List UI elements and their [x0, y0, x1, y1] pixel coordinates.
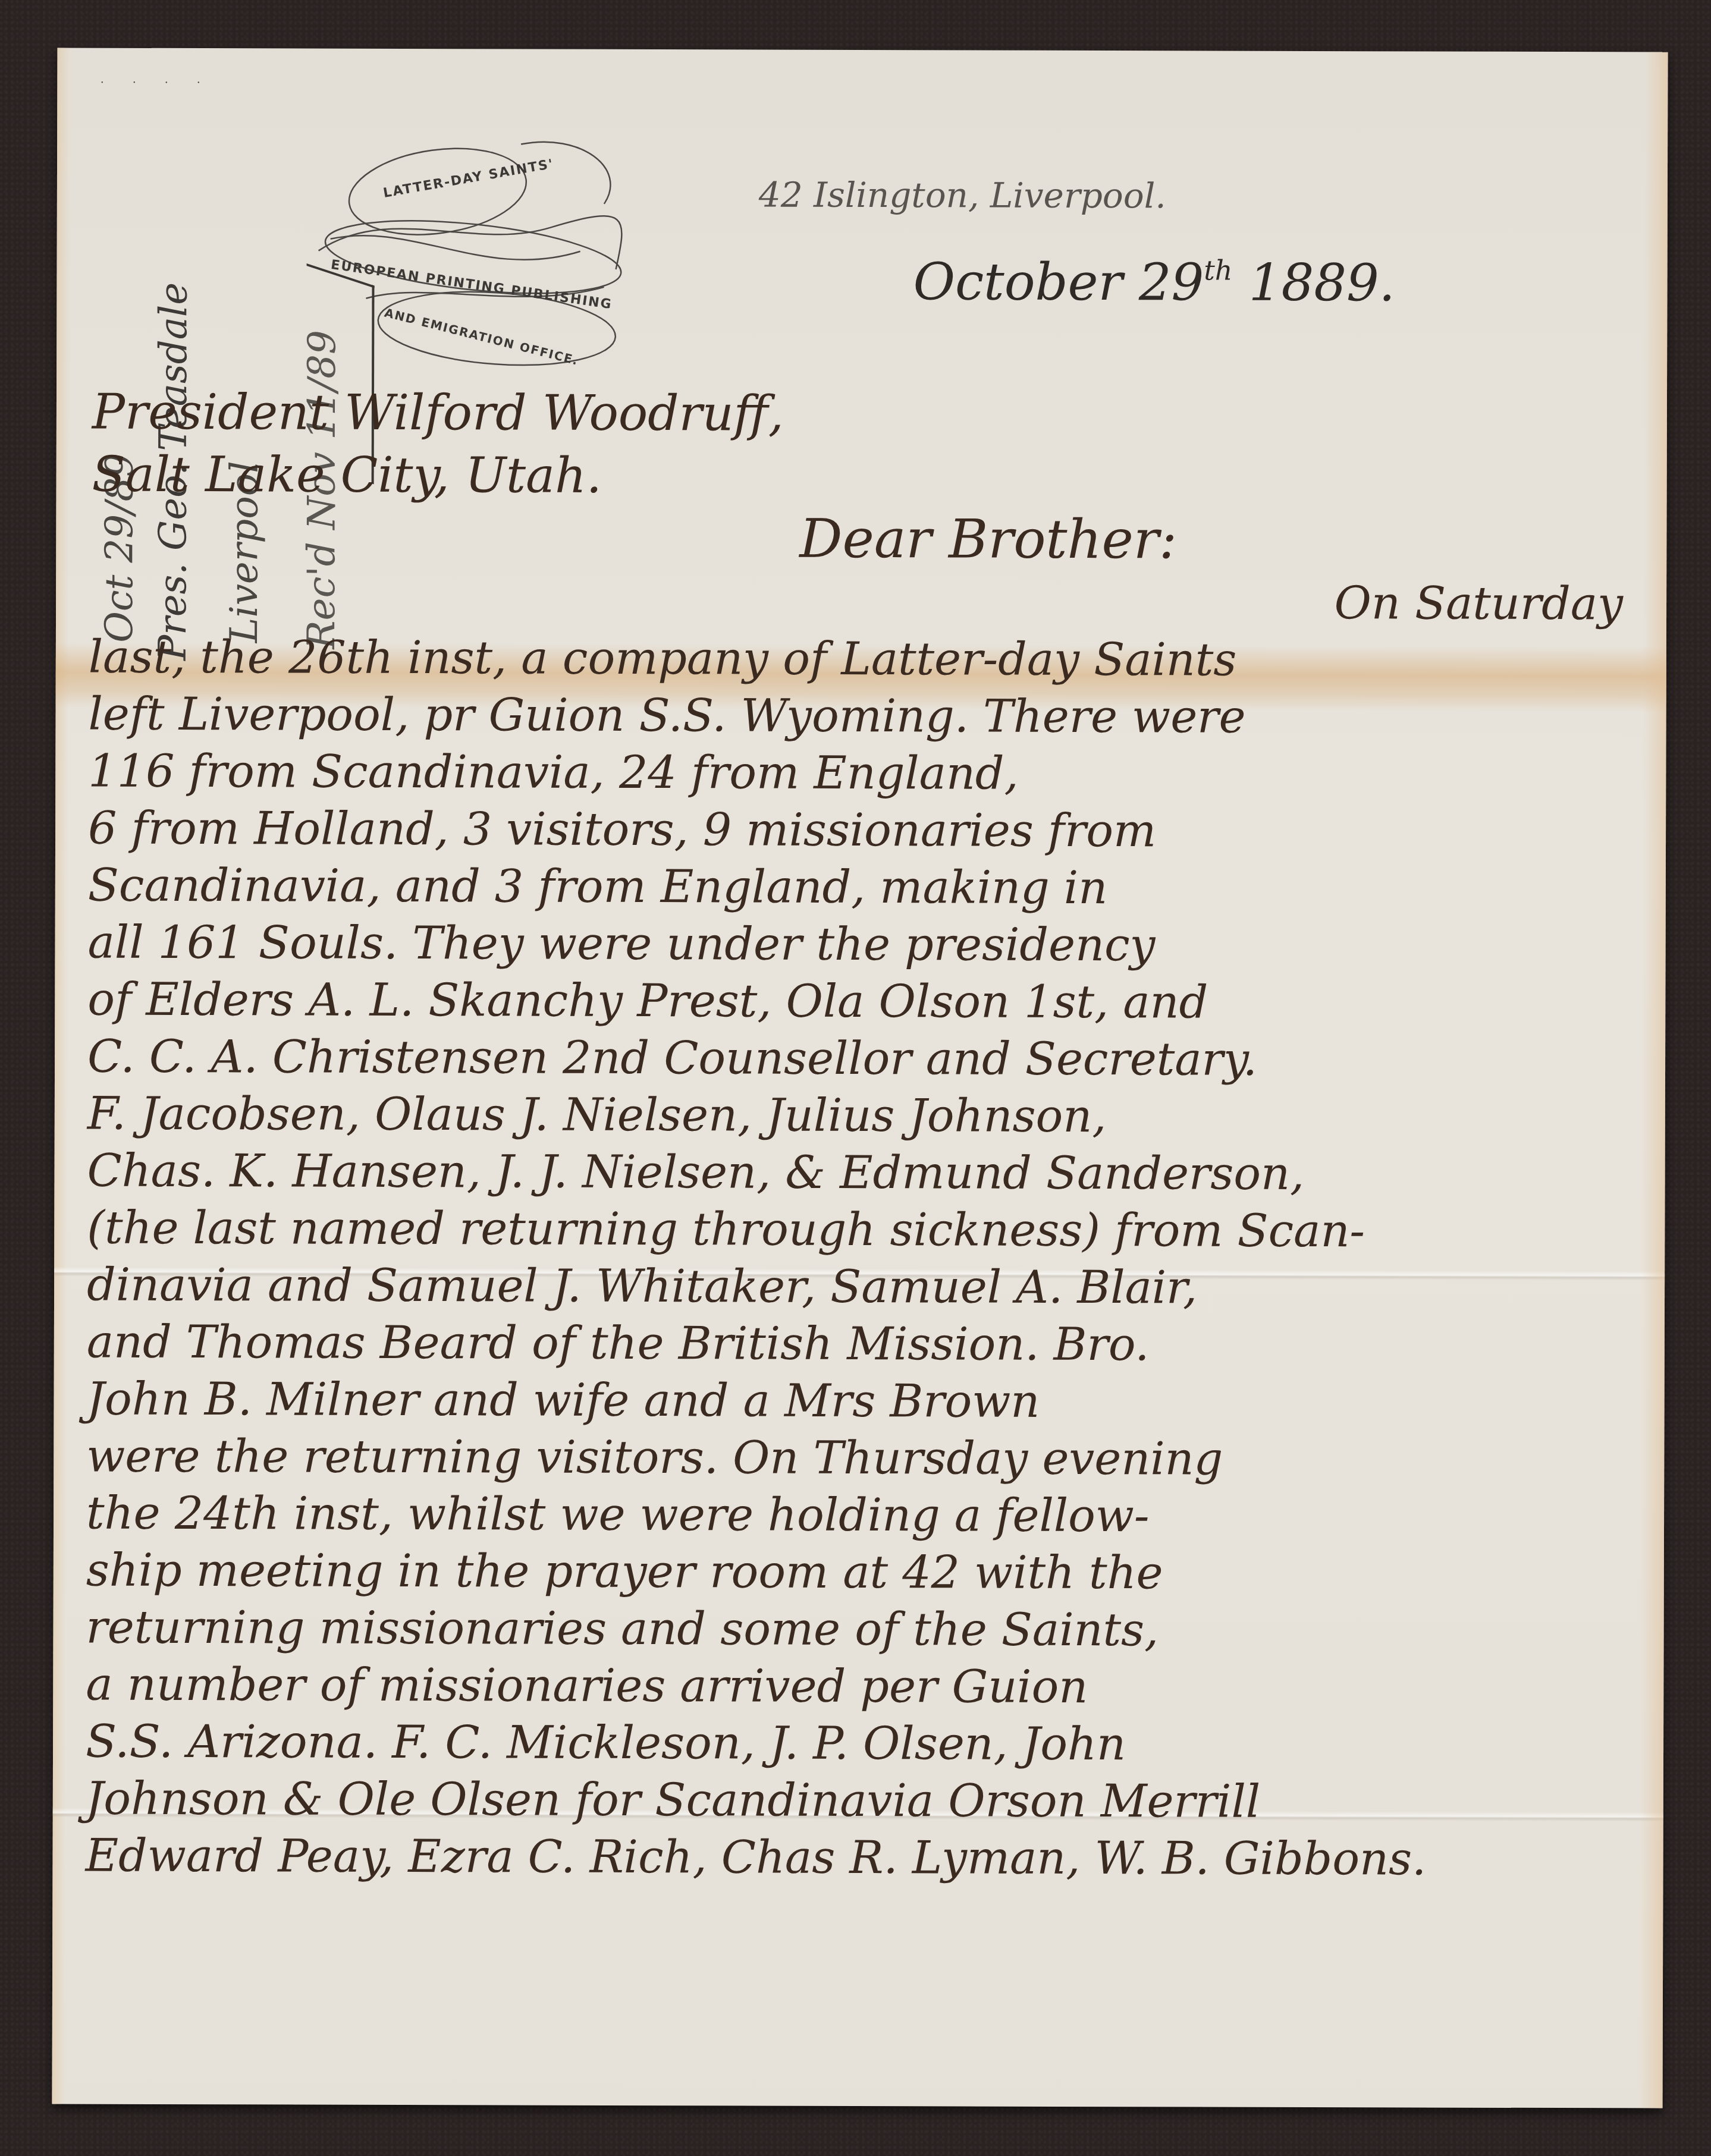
date-month: October — [913, 252, 1122, 312]
body-line: ship meeting in the prayer room at 42 wi… — [86, 1542, 1632, 1603]
body-line: S.S. Arizona. F. C. Mickleson, J. P. Ols… — [86, 1713, 1632, 1774]
body-line: 116 from Scandinavia, 24 from England, — [88, 743, 1634, 804]
date-suffix: th — [1204, 254, 1232, 287]
body-line: Johnson & Ole Olsen for Scandinavia Orso… — [86, 1770, 1632, 1831]
body-line: dinavia and Samuel J. Whitaker, Samuel A… — [87, 1256, 1633, 1318]
body-line: the 24th inst, whilst we were holding a … — [86, 1485, 1632, 1546]
body-line: were the returning visitors. On Thursday… — [86, 1428, 1632, 1489]
body-line: 6 from Holland, 3 visitors, 9 missionari… — [88, 800, 1634, 861]
body-line: On Saturday — [89, 571, 1635, 633]
body-line: all 161 Souls. They were under the presi… — [87, 914, 1634, 975]
date-day: 29 — [1139, 253, 1204, 312]
letter-date: October 29th 1889. — [913, 252, 1395, 313]
body-line: left Liverpool, pr Guion S.S. Wyoming. T… — [88, 686, 1634, 747]
body-line: C. C. A. Christensen 2nd Counsellor and … — [87, 1028, 1634, 1089]
body-line: Edward Peay, Ezra C. Rich, Chas R. Lyman… — [85, 1827, 1631, 1888]
salutation: Dear Brother: — [799, 508, 1177, 571]
letter-page: ˙ ˙ ˙ ˙ LATTER-DAY SAINTS' EUROPEAN PRIN… — [52, 48, 1668, 2108]
body-line: last, the 26th inst, a company of Latter… — [89, 628, 1635, 690]
sender-address: 42 Islington, Liverpool. — [759, 175, 1166, 216]
letter-body: On Saturday last, the 26th inst, a compa… — [85, 571, 1635, 1888]
body-line: (the last named returning through sickne… — [87, 1199, 1633, 1261]
body-line: F. Jacobsen, Olaus J. Nielsen, Julius Jo… — [87, 1085, 1634, 1146]
body-line: returning missionaries and some of the S… — [86, 1599, 1632, 1660]
date-year: 1889. — [1249, 253, 1395, 313]
svg-text:LATTER-DAY SAINTS': LATTER-DAY SAINTS' — [382, 156, 555, 200]
pin-holes: ˙ ˙ ˙ ˙ — [99, 80, 212, 95]
body-line: of Elders A. L. Skanchy Prest, Ola Olson… — [87, 971, 1634, 1032]
svg-text:AND EMIGRATION OFFICE.: AND EMIGRATION OFFICE. — [383, 305, 580, 367]
body-line: a number of missionaries arrived per Gui… — [86, 1656, 1632, 1717]
body-line: Chas. K. Hansen, J. J. Nielsen, & Edmund… — [87, 1142, 1633, 1203]
addressee-name: President Wilford Woodruff, — [92, 384, 784, 442]
body-line: John B. Milner and wife and a Mrs Brown — [86, 1371, 1632, 1432]
body-line: and Thomas Beard of the British Mission.… — [87, 1313, 1633, 1375]
body-line: Scandinavia, and 3 from England, making … — [88, 857, 1634, 918]
addressee-city: Salt Lake City, Utah. — [92, 447, 602, 504]
